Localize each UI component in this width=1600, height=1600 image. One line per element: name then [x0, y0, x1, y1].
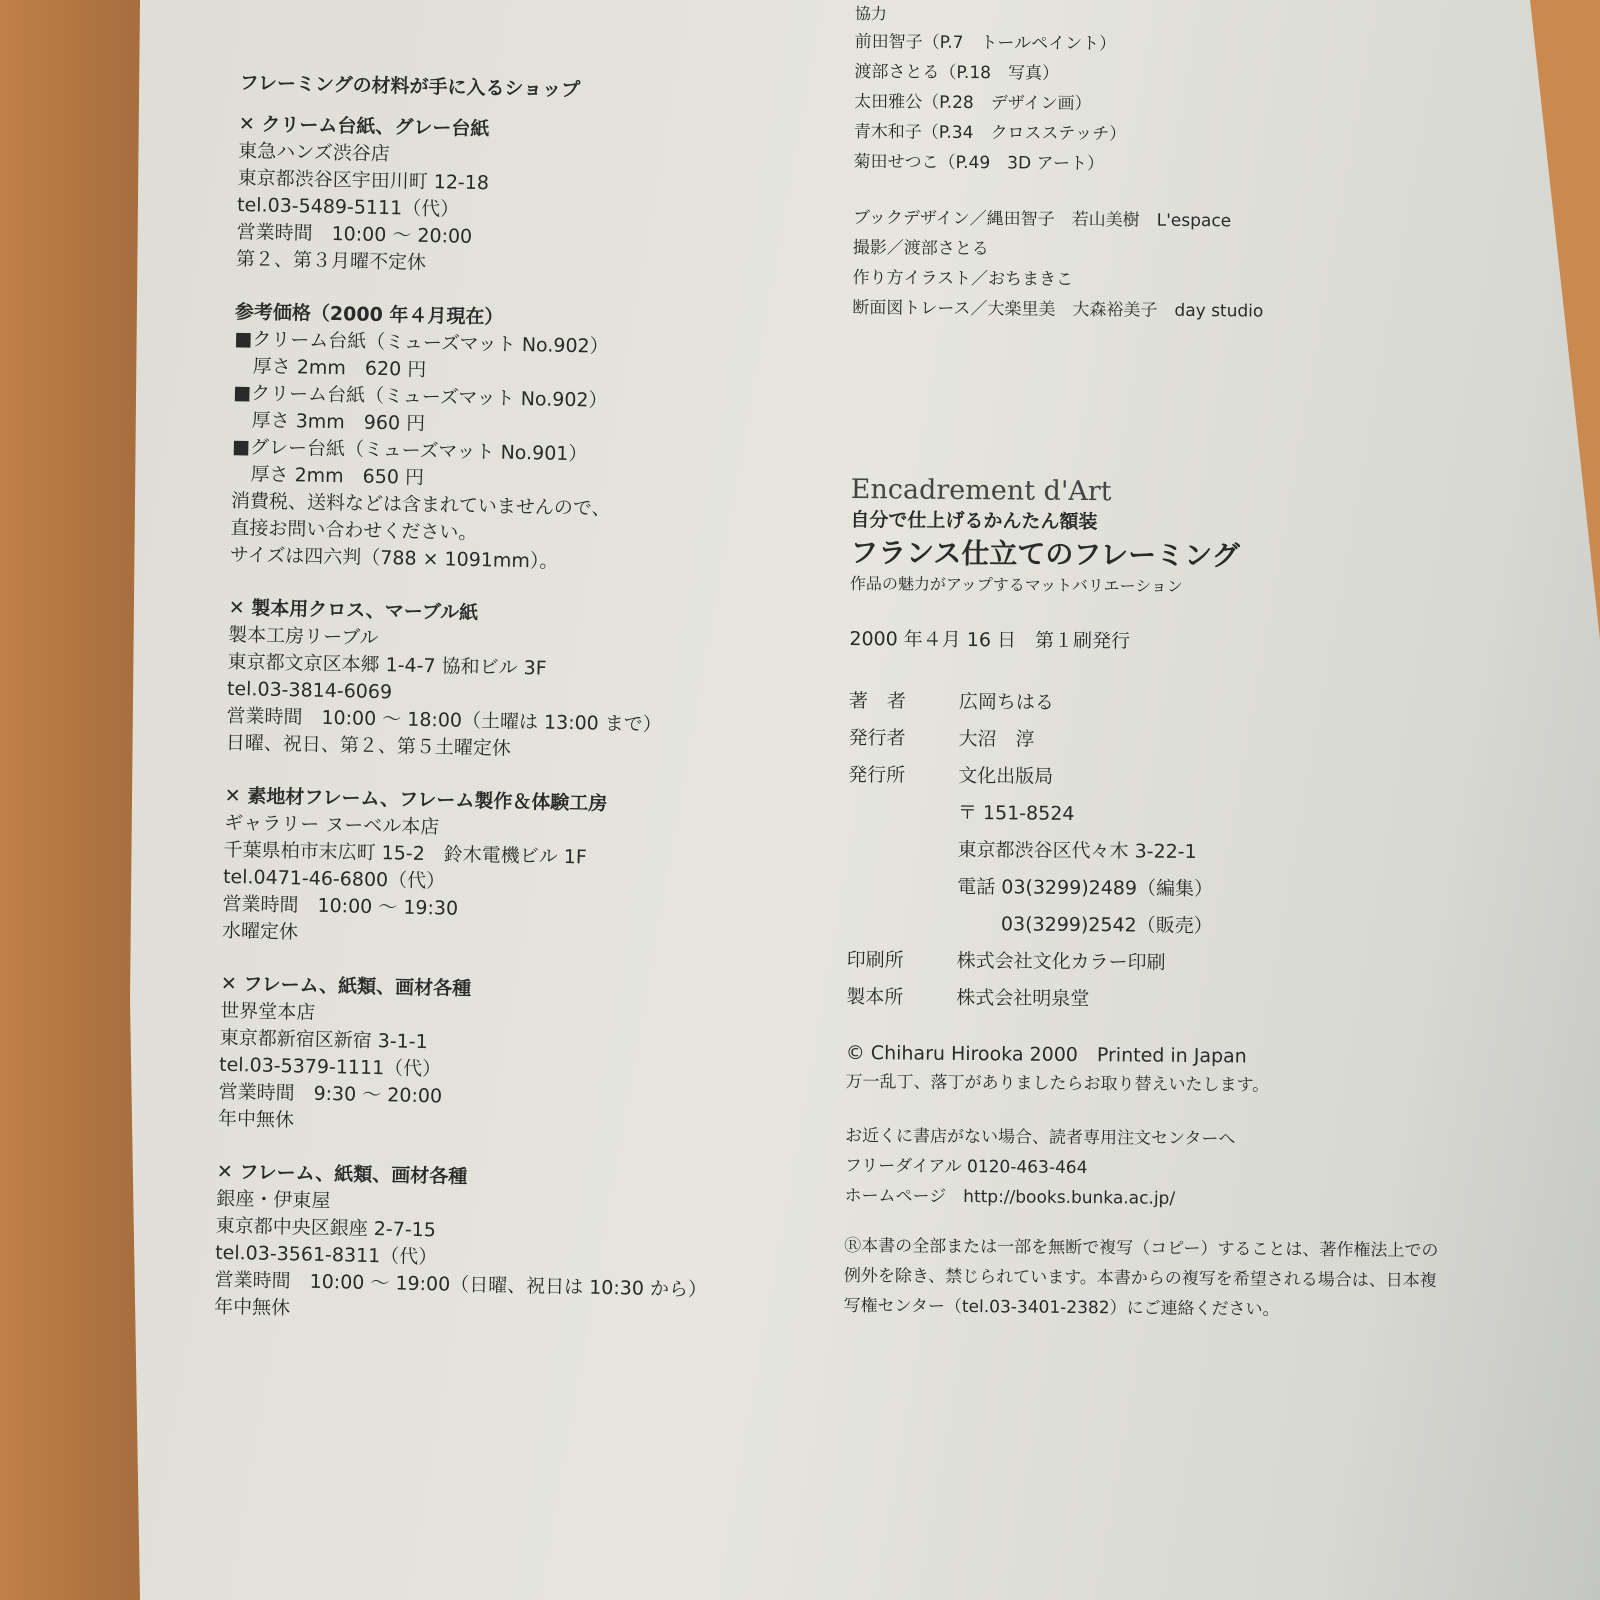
- colophon-key: [847, 831, 957, 869]
- colophon-column: 協力 前田智子（P.7 トールペイント）渡部さとる（P.18 写真）太田雅公（P…: [843, 0, 1575, 1327]
- colophon-row: 〒 151-8524: [848, 794, 1568, 837]
- colophon-key: 発行所: [848, 757, 958, 795]
- colophon-key: 発行者: [848, 720, 958, 758]
- colophon-key: 著 者: [849, 683, 959, 721]
- colophon-value: 文化出版局: [958, 758, 1053, 796]
- book-title: フランス仕立てのフレーミング: [850, 534, 1570, 578]
- colophon-row: 著 者広岡ちはる: [849, 683, 1569, 726]
- colophon-value: 株式会社明泉堂: [956, 980, 1089, 1018]
- shop-block: ✕ 製本用クロス、マーブル紙製本工房リーブル東京都文京区本郷 1-4-7 協和ビ…: [226, 595, 789, 769]
- colophon-key: 印刷所: [846, 942, 956, 980]
- colophon-row: 電話 03(3299)2489（編集）: [847, 868, 1567, 911]
- colophon-row: 発行所文化出版局: [848, 757, 1568, 800]
- colophon-value: 株式会社文化カラー印刷: [956, 943, 1165, 982]
- colophon-key: [848, 794, 958, 832]
- colophon-value: 大沼 淳: [958, 721, 1034, 759]
- colophon-row: 03(3299)2542（販売）: [847, 905, 1567, 948]
- colophon-key: [847, 868, 957, 906]
- replace-note: 万一乱丁、落丁がありましたらお取り替えいたします。: [845, 1067, 1565, 1103]
- colophon-row: 東京都渋谷区代々木 3-22-1: [847, 831, 1567, 874]
- shop-block: ✕ 素地材フレーム、フレーム製作＆体験工房ギャラリー ヌーベル本店千葉県柏市末広…: [222, 783, 785, 957]
- colophon-row: 発行者大沼 淳: [848, 720, 1568, 763]
- colophon-value: 電話 03(3299)2489（編集）: [957, 869, 1213, 908]
- shop-list-column: フレーミングの材料が手に入るショップ ✕ クリーム台紙、グレー台紙東急ハンズ渋谷…: [213, 70, 800, 1358]
- shop-block: ✕ フレーム、紙類、画材各種銀座・伊東屋東京都中央区銀座 2-7-15tel.0…: [214, 1159, 777, 1333]
- colophon-row: 印刷所株式会社文化カラー印刷: [846, 942, 1566, 985]
- colophon-key: 製本所: [846, 979, 956, 1017]
- shop-block: ✕ フレーム、紙類、画材各種世界堂本店東京都新宿区新宿 3-1-1tel.03-…: [218, 971, 781, 1145]
- shop-block: ✕ クリーム台紙、グレー台紙東急ハンズ渋谷店東京都渋谷区宇田川町 12-18te…: [236, 111, 799, 285]
- colophon-row: 製本所株式会社明泉堂: [846, 979, 1566, 1022]
- shop-block: 参考価格（2000 年４月現在）■クリーム台紙（ミューズマット No.902） …: [230, 299, 796, 581]
- credit-item: 断面図トレース／大楽里美 大森裕美子 day studio: [852, 293, 1572, 329]
- copyright-notice-line: 写権センター（tel.03-3401-2382）にご連絡ください。: [843, 1291, 1563, 1327]
- order-line: ホームページ http://books.bunka.ac.jp/: [844, 1181, 1564, 1217]
- desk-background: [0, 0, 150, 1600]
- colophon-value: 〒 151-8524: [958, 795, 1075, 833]
- colophon-value: 03(3299)2542（販売）: [957, 906, 1213, 945]
- colophon-value: 東京都渋谷区代々木 3-22-1: [957, 832, 1196, 871]
- cooperation-item: 菊田せつこ（P.49 3D アート）: [853, 147, 1573, 183]
- colophon-value: 広岡ちはる: [959, 684, 1054, 722]
- colophon-key: [847, 905, 957, 943]
